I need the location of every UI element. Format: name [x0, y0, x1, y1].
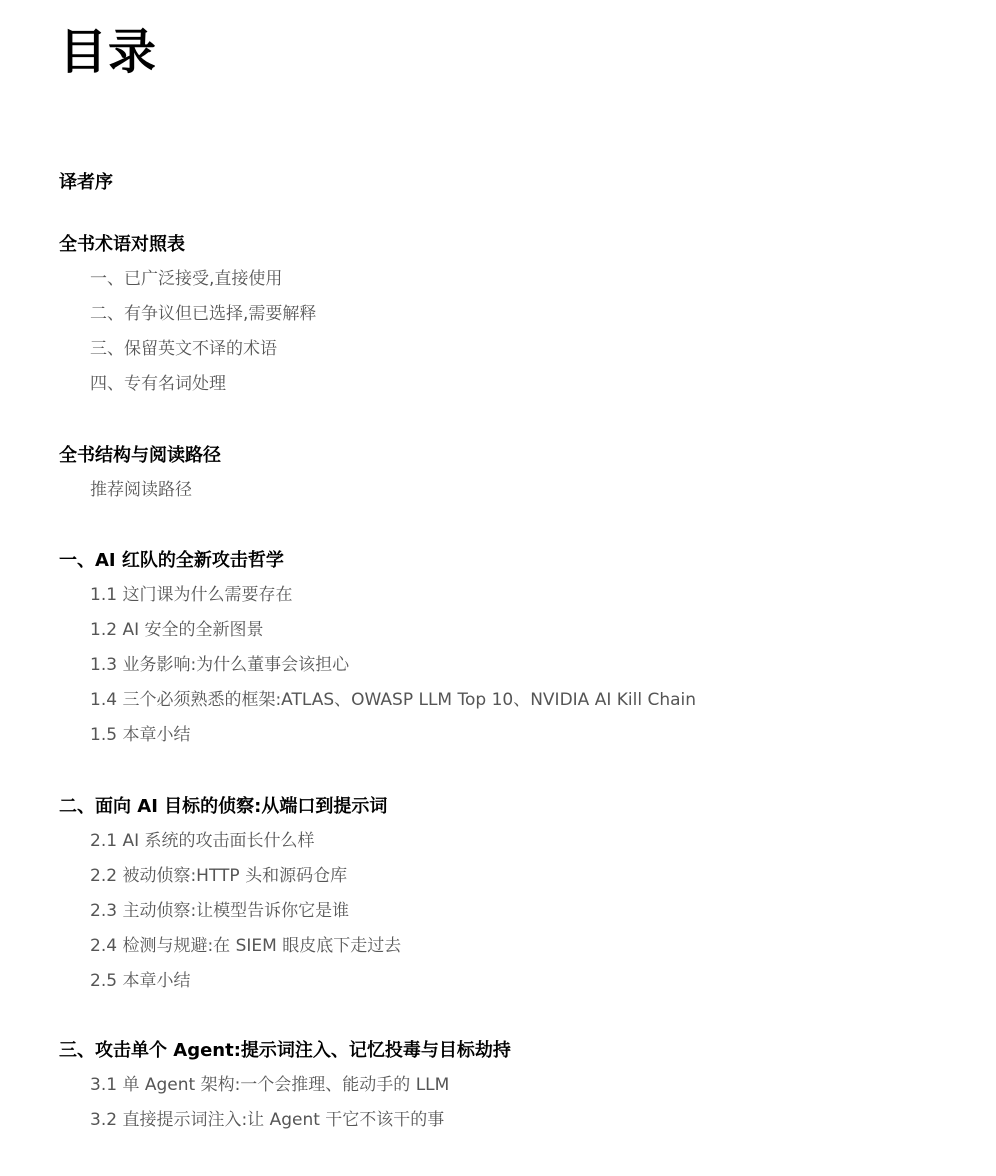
toc-item[interactable]: 2.4 检测与规避:在 SIEM 眼皮底下走过去 — [90, 929, 401, 964]
toc-sublist: 3.1 单 Agent 架构:一个会推理、能动手的 LLM 3.2 直接提示词注… — [59, 1068, 511, 1138]
toc-item[interactable]: 1.4 三个必须熟悉的框架:ATLAS、OWASP LLM Top 10、NVI… — [90, 683, 696, 718]
toc-item[interactable]: 1.3 业务影响:为什么董事会该担心 — [90, 648, 696, 683]
toc-section-chapter-3: 三、攻击单个 Agent:提示词注入、记忆投毒与目标劫持 3.1 单 Agent… — [59, 1038, 511, 1138]
toc-sublist: 2.1 AI 系统的攻击面长什么样 2.2 被动侦察:HTTP 头和源码仓库 2… — [59, 824, 401, 999]
toc-section-preface: 译者序 — [59, 170, 113, 196]
toc-item[interactable]: 2.3 主动侦察:让模型告诉你它是谁 — [90, 894, 401, 929]
toc-item[interactable]: 二、有争议但已选择,需要解释 — [90, 297, 316, 332]
toc-heading-glossary[interactable]: 全书术语对照表 — [59, 232, 316, 258]
toc-section-chapter-1: 一、AI 红队的全新攻击哲学 1.1 这门课为什么需要存在 1.2 AI 安全的… — [59, 548, 696, 753]
toc-sublist: 一、已广泛接受,直接使用 二、有争议但已选择,需要解释 三、保留英文不译的术语 … — [59, 262, 316, 402]
toc-section-structure: 全书结构与阅读路径 推荐阅读路径 — [59, 443, 221, 508]
toc-item[interactable]: 一、已广泛接受,直接使用 — [90, 262, 316, 297]
toc-heading-chapter-2[interactable]: 二、面向 AI 目标的侦察:从端口到提示词 — [59, 794, 401, 820]
page-title: 目录 — [59, 22, 157, 82]
toc-item[interactable]: 1.1 这门课为什么需要存在 — [90, 578, 696, 613]
toc-heading-preface[interactable]: 译者序 — [59, 170, 113, 196]
toc-item[interactable]: 2.5 本章小结 — [90, 964, 401, 999]
toc-item[interactable]: 1.5 本章小结 — [90, 718, 696, 753]
toc-item[interactable]: 3.2 直接提示词注入:让 Agent 干它不该干的事 — [90, 1103, 511, 1138]
toc-item[interactable]: 推荐阅读路径 — [90, 473, 221, 508]
toc-item[interactable]: 2.2 被动侦察:HTTP 头和源码仓库 — [90, 859, 401, 894]
toc-item[interactable]: 1.2 AI 安全的全新图景 — [90, 613, 696, 648]
toc-sublist: 推荐阅读路径 — [59, 473, 221, 508]
toc-heading-chapter-3[interactable]: 三、攻击单个 Agent:提示词注入、记忆投毒与目标劫持 — [59, 1038, 511, 1064]
toc-section-chapter-2: 二、面向 AI 目标的侦察:从端口到提示词 2.1 AI 系统的攻击面长什么样 … — [59, 794, 401, 999]
toc-heading-structure[interactable]: 全书结构与阅读路径 — [59, 443, 221, 469]
toc-item[interactable]: 2.1 AI 系统的攻击面长什么样 — [90, 824, 401, 859]
toc-sublist: 1.1 这门课为什么需要存在 1.2 AI 安全的全新图景 1.3 业务影响:为… — [59, 578, 696, 753]
toc-item[interactable]: 四、专有名词处理 — [90, 367, 316, 402]
toc-section-glossary: 全书术语对照表 一、已广泛接受,直接使用 二、有争议但已选择,需要解释 三、保留… — [59, 232, 316, 402]
toc-item[interactable]: 三、保留英文不译的术语 — [90, 332, 316, 367]
toc-item[interactable]: 3.1 单 Agent 架构:一个会推理、能动手的 LLM — [90, 1068, 511, 1103]
toc-heading-chapter-1[interactable]: 一、AI 红队的全新攻击哲学 — [59, 548, 696, 574]
